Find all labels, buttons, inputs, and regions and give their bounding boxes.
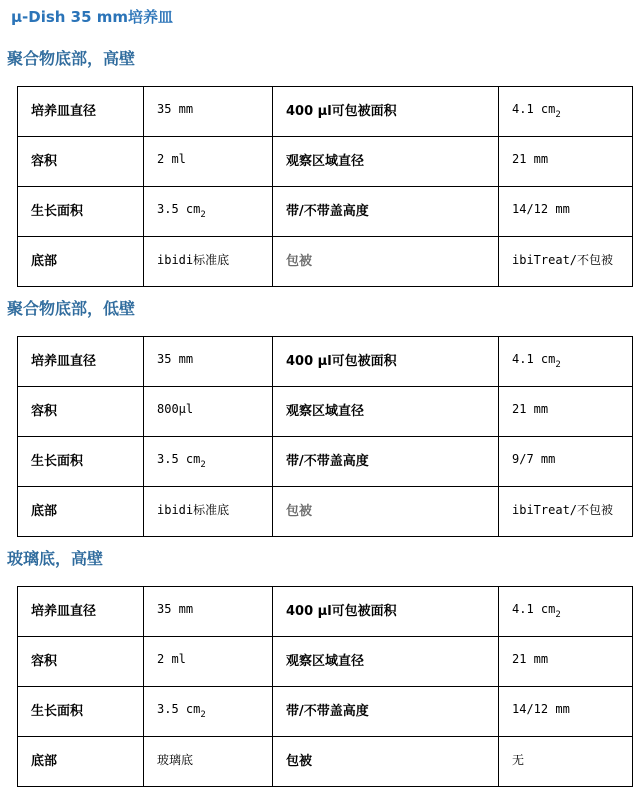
spec-label-cell: 400 μl可包被面积 — [273, 337, 499, 387]
section-heading-polymer-low-wall: 聚合物底部，低壁 — [7, 299, 640, 318]
spec-value: 800μl — [157, 402, 193, 416]
spec-label-cell: 生长面积 — [18, 687, 144, 737]
table-row: 容积 2 ml 观察区域直径 21 mm — [18, 637, 633, 687]
spec-label-cell: 包被 — [273, 487, 499, 537]
table-row: 底部 ibidi标准底 包被 ibiTreat/不包被 — [18, 237, 633, 287]
spec-value-cell: 21 mm — [499, 637, 633, 687]
spec-value-subscript: 2 — [555, 110, 560, 120]
spec-label: 培养皿直径 — [31, 604, 96, 619]
spec-value-cell: 4.1 cm2 — [499, 87, 633, 137]
spec-value-cell: 3.5 cm2 — [144, 437, 273, 487]
spec-label-cell: 带/不带盖高度 — [273, 187, 499, 237]
spec-value-cell: 14/12 mm — [499, 187, 633, 237]
table-row: 生长面积 3.5 cm2 带/不带盖高度 14/12 mm — [18, 187, 633, 237]
spec-label: 生长面积 — [31, 454, 83, 469]
spec-value-cell: 35 mm — [144, 87, 273, 137]
spec-label: 观察区域直径 — [286, 154, 364, 169]
spec-label: 底部 — [31, 754, 57, 769]
spec-value: ibidi标准底 — [157, 253, 229, 267]
spec-label: 400 μl可包被面积 — [286, 354, 397, 369]
spec-value-subscript: 2 — [200, 210, 205, 220]
spec-table-polymer-high-wall: 培养皿直径 35 mm 400 μl可包被面积 4.1 cm2 容积 2 ml … — [17, 86, 633, 287]
table-row: 底部 ibidi标准底 包被 ibiTreat/不包被 — [18, 487, 633, 537]
spec-value-cell: 2 ml — [144, 637, 273, 687]
spec-label: 带/不带盖高度 — [286, 454, 369, 469]
table-row: 生长面积 3.5 cm2 带/不带盖高度 9/7 mm — [18, 437, 633, 487]
spec-label: 容积 — [31, 654, 57, 669]
spec-value-cell: 21 mm — [499, 387, 633, 437]
spec-value: 14/12 mm — [512, 202, 570, 216]
spec-value-cell: 800μl — [144, 387, 273, 437]
page-title: μ-Dish 35 mm培养皿 — [11, 8, 640, 27]
spec-label-cell: 包被 — [273, 237, 499, 287]
spec-value-cell: ibidi标准底 — [144, 487, 273, 537]
spec-label-cell: 400 μl可包被面积 — [273, 587, 499, 637]
spec-label-cell: 容积 — [18, 137, 144, 187]
spec-value-cell: ibiTreat/不包被 — [499, 237, 633, 287]
spec-value: 玻璃底 — [157, 753, 193, 767]
spec-value-cell: 4.1 cm2 — [499, 337, 633, 387]
spec-value-cell: ibiTreat/不包被 — [499, 487, 633, 537]
spec-label: 生长面积 — [31, 704, 83, 719]
spec-value: 4.1 cm — [512, 602, 555, 616]
spec-value: 无 — [512, 753, 524, 767]
table-row: 培养皿直径 35 mm 400 μl可包被面积 4.1 cm2 — [18, 587, 633, 637]
spec-label-cell: 培养皿直径 — [18, 587, 144, 637]
spec-label-cell: 包被 — [273, 737, 499, 787]
spec-value-cell: 3.5 cm2 — [144, 187, 273, 237]
spec-value: ibiTreat/不包被 — [512, 503, 613, 517]
spec-label: 400 μl可包被面积 — [286, 104, 397, 119]
spec-label: 包被 — [286, 754, 312, 769]
spec-value-cell: 35 mm — [144, 337, 273, 387]
spec-label: 底部 — [31, 504, 57, 519]
spec-table-polymer-low-wall: 培养皿直径 35 mm 400 μl可包被面积 4.1 cm2 容积 800μl… — [17, 336, 633, 537]
spec-value-cell: 14/12 mm — [499, 687, 633, 737]
table-row: 培养皿直径 35 mm 400 μl可包被面积 4.1 cm2 — [18, 337, 633, 387]
spec-label-cell: 观察区域直径 — [273, 637, 499, 687]
spec-value: 3.5 cm — [157, 452, 200, 466]
spec-value-subscript: 2 — [555, 610, 560, 620]
spec-value: 3.5 cm — [157, 202, 200, 216]
spec-table-glass-high-wall: 培养皿直径 35 mm 400 μl可包被面积 4.1 cm2 容积 2 ml … — [17, 586, 633, 787]
spec-label: 带/不带盖高度 — [286, 204, 369, 219]
spec-label: 容积 — [31, 154, 57, 169]
spec-label-cell: 容积 — [18, 387, 144, 437]
spec-label-cell: 底部 — [18, 737, 144, 787]
spec-value: 4.1 cm — [512, 352, 555, 366]
spec-label-cell: 400 μl可包被面积 — [273, 87, 499, 137]
spec-value: 35 mm — [157, 102, 193, 116]
spec-label-cell: 培养皿直径 — [18, 337, 144, 387]
spec-value: 35 mm — [157, 602, 193, 616]
spec-value-cell: 35 mm — [144, 587, 273, 637]
spec-label: 培养皿直径 — [31, 354, 96, 369]
spec-value: 14/12 mm — [512, 702, 570, 716]
spec-value-cell: 玻璃底 — [144, 737, 273, 787]
spec-value: 3.5 cm — [157, 702, 200, 716]
spec-value: ibidi标准底 — [157, 503, 229, 517]
table-row: 容积 2 ml 观察区域直径 21 mm — [18, 137, 633, 187]
spec-label-cell: 带/不带盖高度 — [273, 437, 499, 487]
spec-label: 底部 — [31, 254, 57, 269]
spec-label: 观察区域直径 — [286, 404, 364, 419]
spec-label-cell: 培养皿直径 — [18, 87, 144, 137]
spec-label-cell: 带/不带盖高度 — [273, 687, 499, 737]
table-row: 生长面积 3.5 cm2 带/不带盖高度 14/12 mm — [18, 687, 633, 737]
spec-label-cell: 容积 — [18, 637, 144, 687]
spec-label-cell: 生长面积 — [18, 187, 144, 237]
spec-label: 容积 — [31, 404, 57, 419]
spec-value: 4.1 cm — [512, 102, 555, 116]
spec-value: 9/7 mm — [512, 452, 555, 466]
section-heading-polymer-high-wall: 聚合物底部，高壁 — [7, 49, 640, 68]
spec-value: 35 mm — [157, 352, 193, 366]
spec-label-cell: 观察区域直径 — [273, 137, 499, 187]
page: μ-Dish 35 mm培养皿 聚合物底部，高壁 培养皿直径 35 mm 400… — [0, 8, 640, 812]
spec-label-cell: 底部 — [18, 487, 144, 537]
spec-value-subscript: 2 — [200, 710, 205, 720]
spec-label: 带/不带盖高度 — [286, 704, 369, 719]
spec-label: 包被 — [286, 504, 312, 519]
spec-value: 21 mm — [512, 652, 548, 666]
spec-label: 400 μl可包被面积 — [286, 604, 397, 619]
spec-value-cell: ibidi标准底 — [144, 237, 273, 287]
spec-value-cell: 21 mm — [499, 137, 633, 187]
spec-label: 生长面积 — [31, 204, 83, 219]
spec-value-subscript: 2 — [200, 460, 205, 470]
spec-value: 2 ml — [157, 152, 186, 166]
spec-label-cell: 底部 — [18, 237, 144, 287]
spec-label: 培养皿直径 — [31, 104, 96, 119]
spec-label: 观察区域直径 — [286, 654, 364, 669]
spec-label-cell: 生长面积 — [18, 437, 144, 487]
spec-value-subscript: 2 — [555, 360, 560, 370]
spec-label-cell: 观察区域直径 — [273, 387, 499, 437]
spec-value-cell: 4.1 cm2 — [499, 587, 633, 637]
spec-value: 21 mm — [512, 402, 548, 416]
spec-value-cell: 2 ml — [144, 137, 273, 187]
table-row: 培养皿直径 35 mm 400 μl可包被面积 4.1 cm2 — [18, 87, 633, 137]
spec-value-cell: 9/7 mm — [499, 437, 633, 487]
spec-value-cell: 3.5 cm2 — [144, 687, 273, 737]
table-row: 容积 800μl 观察区域直径 21 mm — [18, 387, 633, 437]
spec-value: 2 ml — [157, 652, 186, 666]
table-row: 底部 玻璃底 包被 无 — [18, 737, 633, 787]
section-heading-glass-high-wall: 玻璃底，高壁 — [7, 549, 640, 568]
spec-value: 21 mm — [512, 152, 548, 166]
spec-value: ibiTreat/不包被 — [512, 253, 613, 267]
spec-value-cell: 无 — [499, 737, 633, 787]
spec-label: 包被 — [286, 254, 312, 269]
